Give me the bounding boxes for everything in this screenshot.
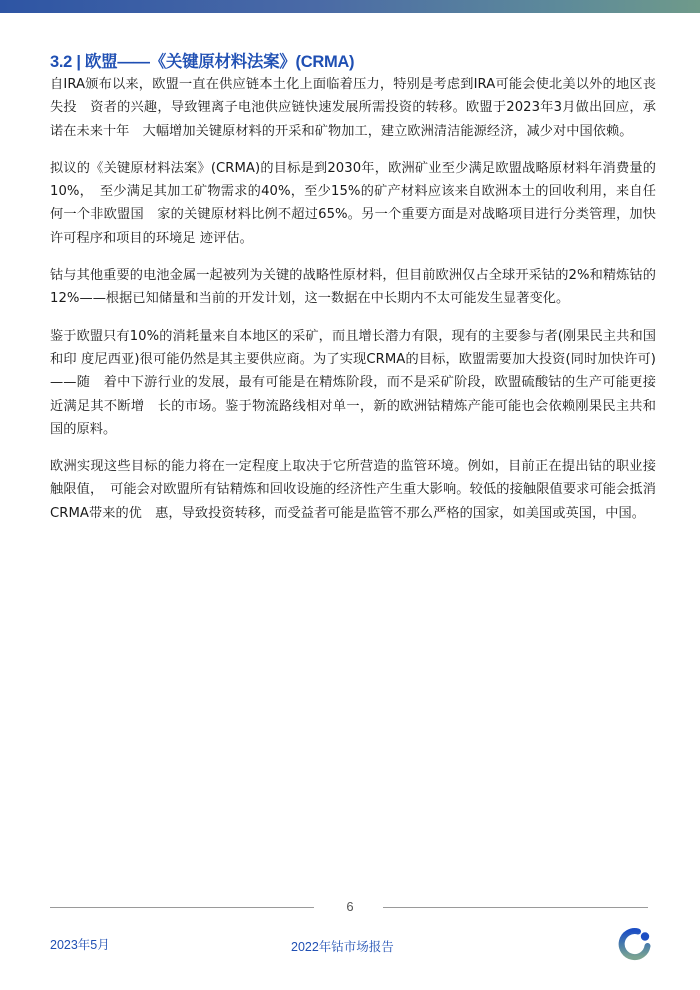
circular-c-logo-icon — [614, 924, 654, 964]
paragraph-supply-outlook: 鉴于欧盟只有10%的消耗量来自本地区的采矿，而且增长潜力有限，现有的主要参与者(… — [50, 325, 656, 441]
footer-date: 2023年5月 — [50, 935, 110, 953]
paragraph-cobalt-strategic: 钴与其他重要的电池金属一起被列为关键的战略性原材料，但目前欧洲仅占全球开采钴的2… — [50, 264, 656, 311]
section-heading: 3.2 | 欧盟——《关键原材料法案》(CRMA) — [50, 48, 354, 72]
paragraph-crma-targets: 拟议的《关键原材料法案》(CRMA)的目标是到2030年，欧洲矿业至少满足欧盟战… — [50, 157, 656, 250]
top-gradient-bar — [0, 0, 700, 13]
page-number: 6 — [335, 899, 365, 914]
paragraph-regulatory-environment: 欧洲实现这些目标的能力将在一定程度上取决于它所营造的监管环境。例如，目前正在提出… — [50, 455, 656, 525]
footer-divider-right — [383, 907, 648, 908]
body-content: 自IRA颁布以来，欧盟一直在供应链本土化上面临着压力，特别是考虑到IRA可能会使… — [50, 73, 656, 539]
footer-report-title: 2022年钴市场报告 — [291, 937, 394, 955]
paragraph-ira-response: 自IRA颁布以来，欧盟一直在供应链本土化上面临着压力，特别是考虑到IRA可能会使… — [50, 73, 656, 143]
footer-divider-left — [50, 907, 314, 908]
